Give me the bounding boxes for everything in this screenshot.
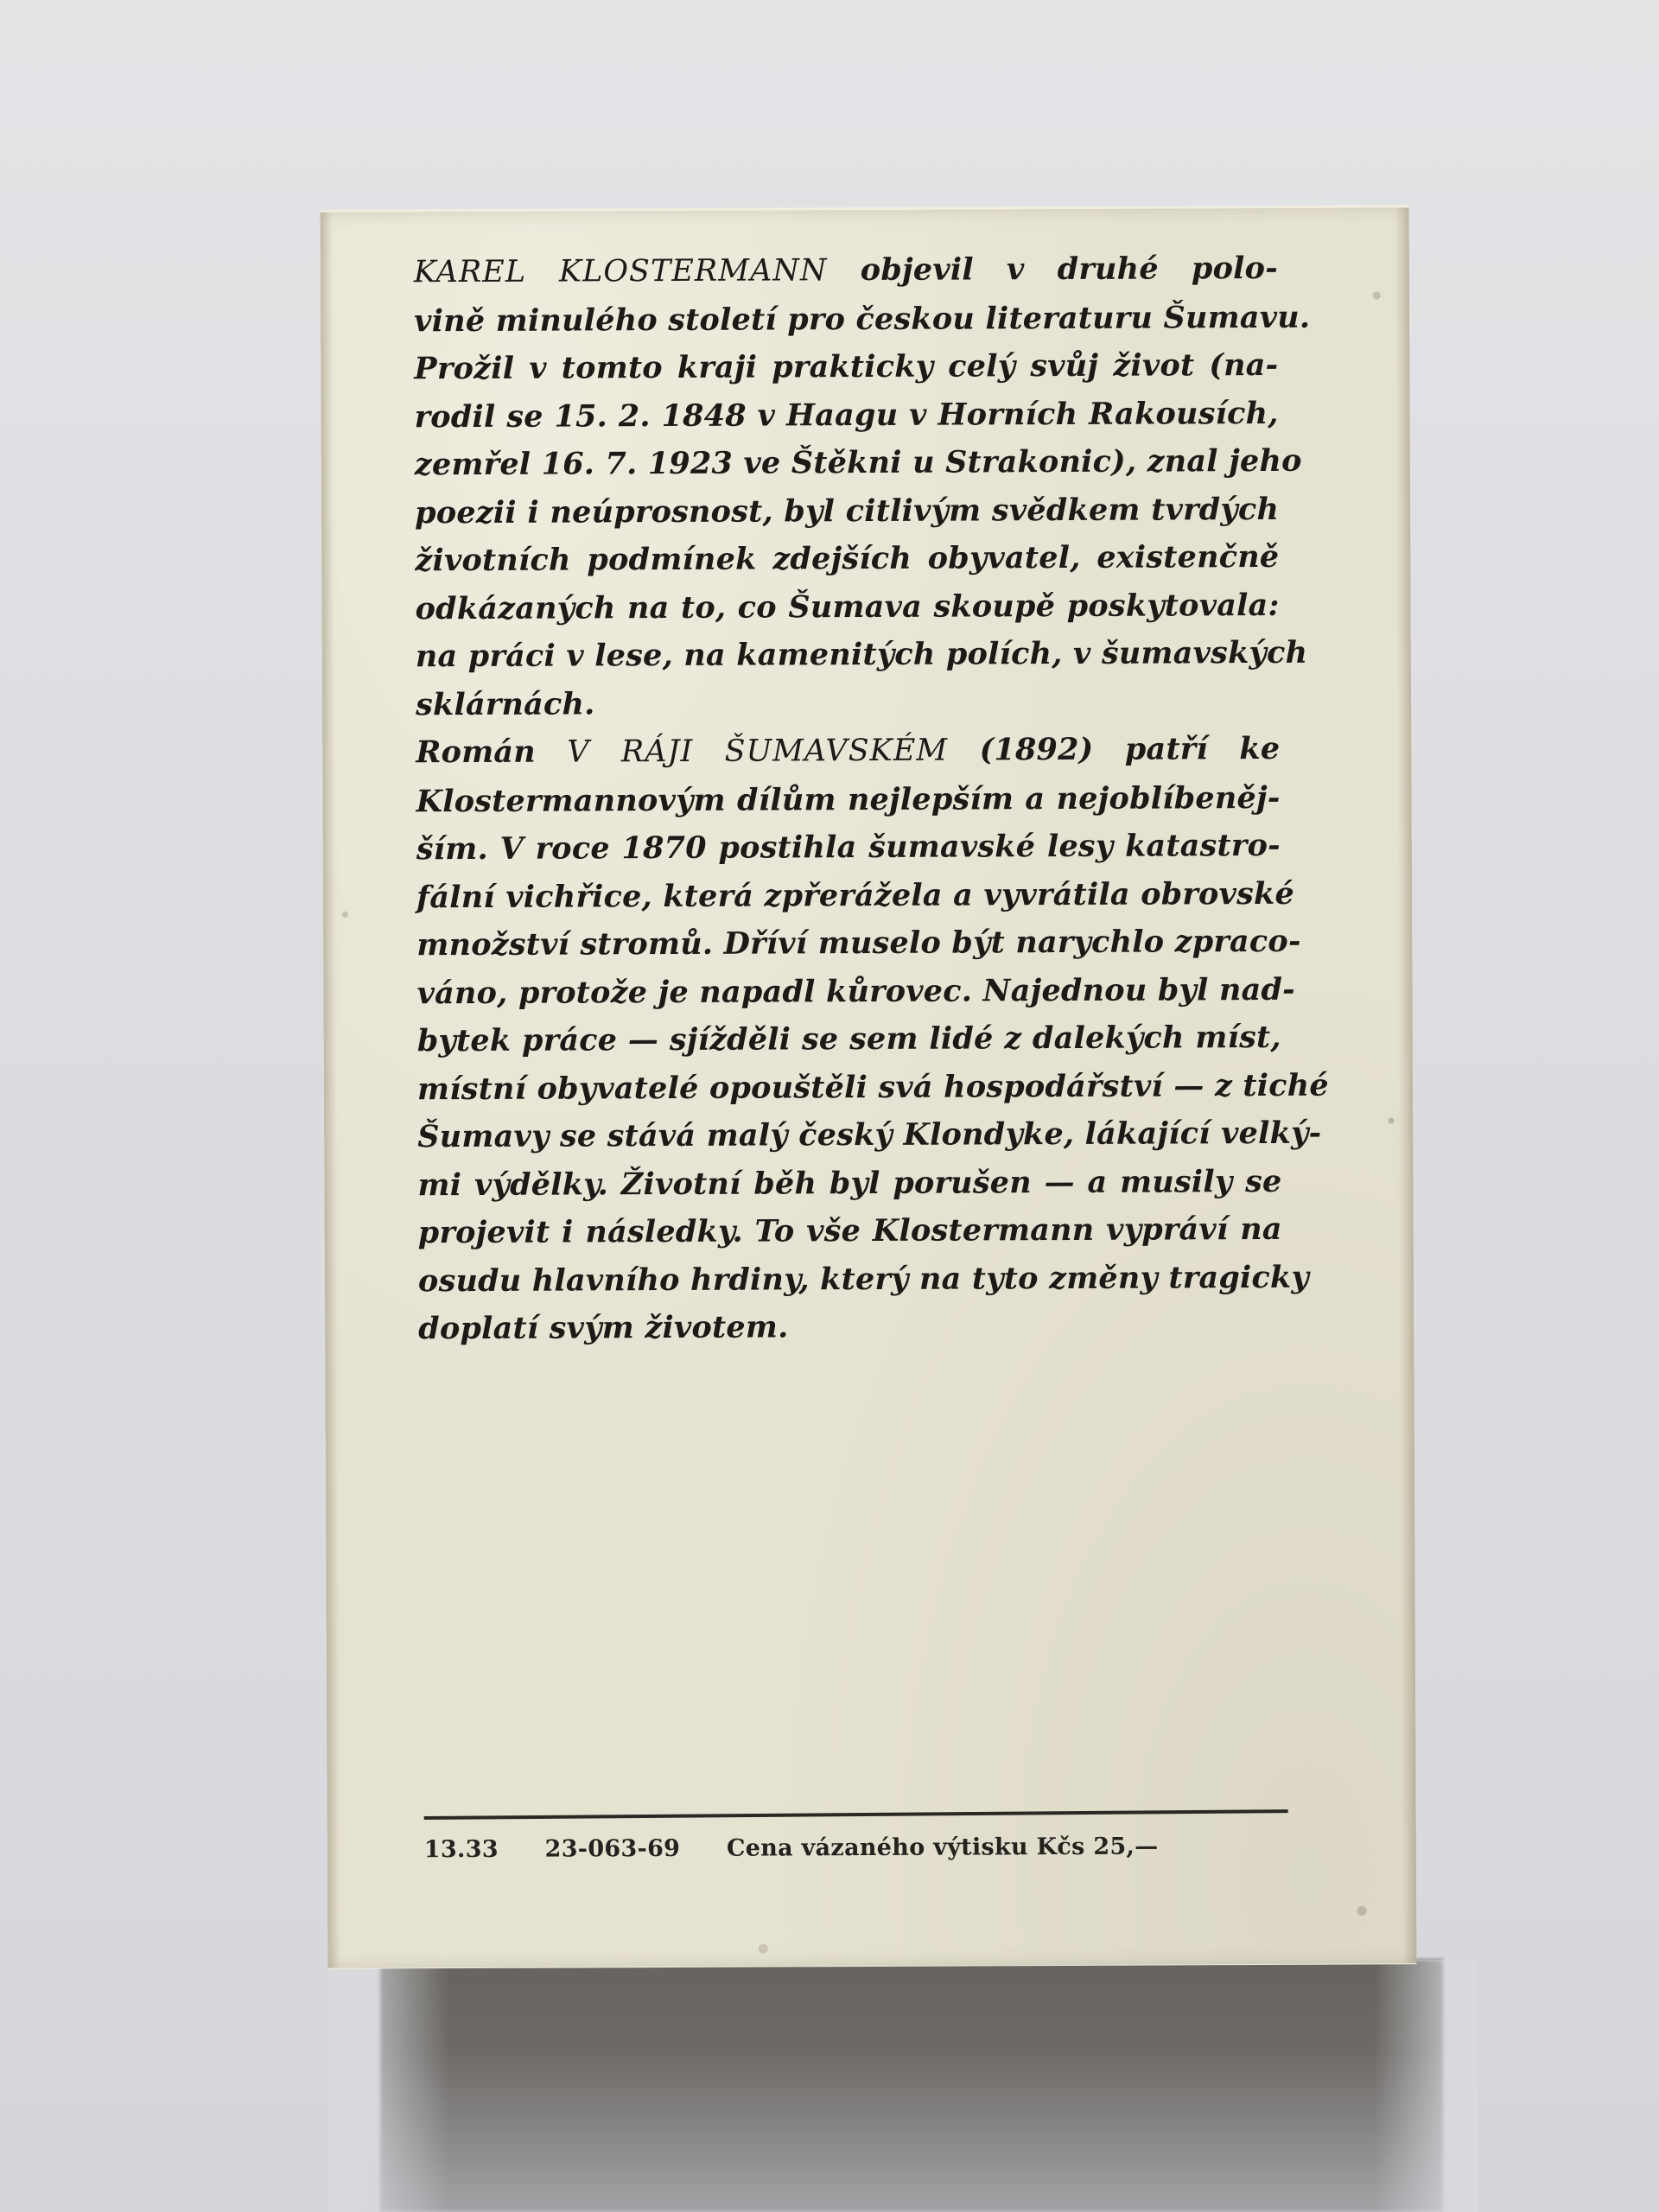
book-edge-left (321, 213, 340, 1968)
blurb-line: osudu hlavního hrdiny, který na tyto změ… (418, 1253, 1282, 1305)
blurb-line: ším. V roce 1870 postihla šumavské lesy … (416, 822, 1281, 874)
book-shadow (380, 1960, 1443, 2212)
catalog-number: 23-063-69 (545, 1835, 681, 1863)
blurb-line: rodil se 15. 2. 1848 v Haagu v Horních R… (414, 389, 1278, 441)
blurb-line: Klostermannovým dílům nejlepším a nejobl… (416, 773, 1280, 825)
blurb-line: poezii i neúprosnost, byl citlivým svědk… (415, 485, 1279, 537)
blurb-line: fální vichřice, která zpřerážela a vyvrá… (416, 869, 1281, 921)
blurb-line: životních podmínek zdejších obyvatel, ex… (415, 533, 1279, 585)
blurb-line: sklárnách. (416, 677, 1280, 728)
book-edge-right (1395, 207, 1417, 1963)
novel-title: V RÁJI ŠUMAVSKÉM (567, 734, 948, 770)
blurb-line: doplatí svým životem. (418, 1301, 1282, 1353)
blurb-line: váno, protože je napadl kůrovec. Najedno… (416, 965, 1281, 1017)
blurb-line: KAREL KLOSTERMANN objevil v druhé polo- (414, 245, 1278, 297)
blurb-line: odkázaných na to, co Šumava skoupě posky… (415, 581, 1279, 632)
shadow-fade-left (328, 1960, 449, 2212)
blurb-line: projevit i následky. To vše Klostermann … (418, 1205, 1282, 1257)
blurb-line: Román V RÁJI ŠUMAVSKÉM (1892) patří ke (416, 725, 1280, 778)
shadow-fade-right (1374, 1960, 1478, 2212)
imprint-code: 13.33 (424, 1836, 499, 1863)
blurb-line: místní obyvatelé opouštěli svá hospodářs… (417, 1061, 1281, 1113)
blurb-line: mi výdělky. Životní běh byl porušen — a … (417, 1157, 1281, 1209)
blurb-line: Šumavy se stává malý český Klondyke, lák… (417, 1109, 1281, 1161)
blurb-line: vině minulého století pro českou literat… (414, 293, 1278, 345)
book-back-cover: KAREL KLOSTERMANN objevil v druhé polo- … (321, 205, 1417, 1967)
blurb-line: bytek práce — sjížděli se sem lidé z dal… (417, 1014, 1281, 1065)
blurb-text: KAREL KLOSTERMANN objevil v druhé polo- … (414, 245, 1283, 1353)
author-name: KAREL KLOSTERMANN (414, 253, 828, 289)
blurb-line: Prožil v tomto kraji prakticky celý svůj… (414, 341, 1278, 393)
blurb-line: na práci v lese, na kamenitých polích, v… (416, 629, 1280, 681)
divider-rule (424, 1809, 1288, 1820)
price-text: Cena vázaného výtisku Kčs 25,— (727, 1834, 1159, 1862)
imprint-line: 13.33 23-063-69 Cena vázaného výtisku Kč… (424, 1833, 1197, 1863)
blurb-line: zemřel 16. 7. 1923 ve Štěkni u Strakonic… (415, 437, 1279, 489)
blurb-line: množství stromů. Dříví muselo být narych… (416, 918, 1281, 969)
